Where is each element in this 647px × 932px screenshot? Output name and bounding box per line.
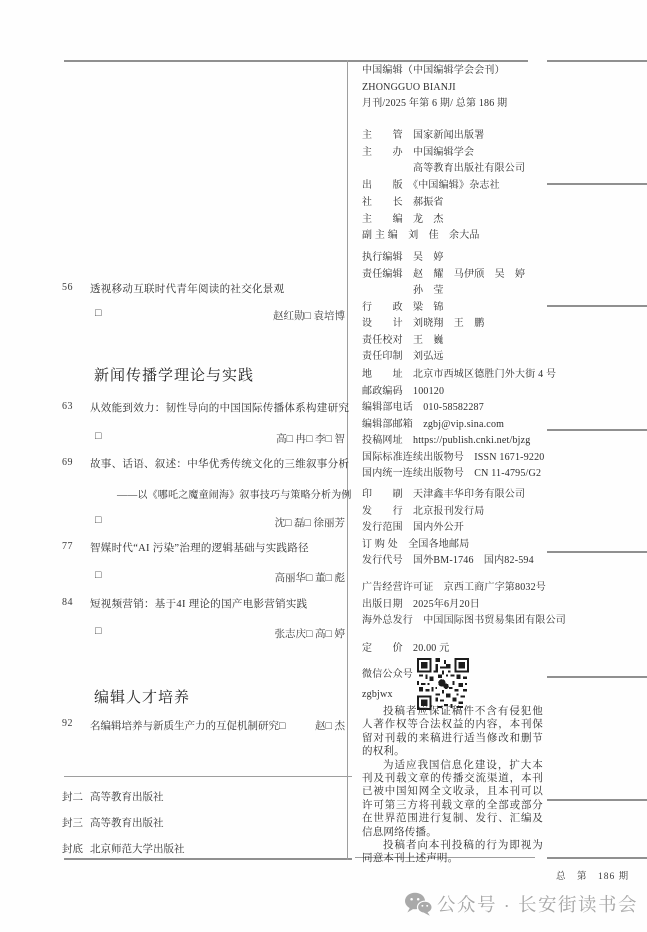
colophon-line: 行 政 梁 锦 [362,300,548,317]
left-bottom-rule [64,858,352,860]
page-edge-line [547,60,647,62]
toc-entry-row: 92 名编辑培养与新质生产力的互促机制研究□ 赵□ 杰 [62,718,345,733]
page-edge-line [547,799,647,801]
toc-authors-row: □ 沈□ 磊□ 徐丽芳 [95,515,345,530]
colophon-line: 责任编辑 赵 耀 马伊颀 吴 婷 [362,267,548,284]
colophon-line: 地 址 北京市西城区德胜门外大街 4 号 [362,367,548,384]
authority-block: 主 管 国家新闻出版署主 办 中国编辑学会 高等教育出版社有限公司出 版 《中国… [362,128,548,194]
top-rule [64,60,528,62]
tofu-box: □ [95,515,101,530]
tofu-box: □ [95,431,101,446]
colophon-line: 订 购 处 全国各地邮局 [362,537,548,554]
colophon-line: 发行范围 国内外公开 [362,520,548,537]
toc-authors: 张志庆□ 高□ 婷 [275,626,345,641]
cover-label: 封二 [62,789,90,804]
colophon-line: 主 办 中国编辑学会 [362,145,548,162]
masthead-line: 月刊/2025 年第 6 期/ 总第 186 期 [362,96,548,113]
toc-article-title: 名编辑培养与新质生产力的互促机制研究□ [90,718,315,733]
colophon-line: 国内统一连续出版物号 CN 11-4795/G2 [362,466,548,483]
colophon-line: 责任印制 刘弘远 [362,349,548,366]
footer-issue-number: 总 第 186 期 [556,868,629,882]
tofu-box: □ [95,570,101,585]
masthead-line: ZHONGGUO BIANJI [362,80,548,97]
colophon-line: 主 编 龙 杰 [362,212,548,229]
colophon-line: 发行代号 国外BM-1746 国内82-594 [362,553,548,570]
toc-page-number: 63 [62,401,73,412]
toc-authors: 赵红勋□ 袁培博 [273,308,345,323]
toc-authors-row: □ 赵红勋□ 袁培博 [95,308,345,323]
colophon-line: 高等教育出版社有限公司 [362,161,548,178]
toc-page-number: 92 [62,718,90,733]
toc-authors: 沈□ 磊□ 徐丽芳 [275,515,345,530]
colophon-line: 设 计 刘晓翔 王 鹏 [362,316,548,333]
submission-notice: 投稿者应保证稿件不含有侵犯他人著作权等合法权益的内容，本刊保留对刊载的来稿进行适… [362,705,543,866]
colophon-line: 投稿网址 https://publish.cnki.net/bjzg [362,433,548,450]
toc-authors-row: □ 高丽华□ 董□ 彪 [95,570,345,585]
printing-block: 印 刷 天津鑫丰华印务有限公司发 行 北京报刊发行局发行范围 国内外公开订 购 … [362,487,548,570]
colophon-line: 主 管 国家新闻出版署 [362,128,548,145]
cover-label: 封底 [62,841,90,856]
wechat-qr-code [417,658,469,710]
notice-paragraph: 投稿者向本刊投稿的行为即视为同意本刊上述声明。 [362,839,543,866]
colophon-line: 广告经营许可证 京西工商广字第8032号 [362,580,548,597]
tofu-box: □ [95,626,101,641]
toc-page-number: 84 [62,597,73,608]
toc-authors: 赵□ 杰 [315,718,345,733]
contact-block: 地 址 北京市西城区德胜门外大街 4 号邮政编码 100120编辑部电话 010… [362,367,548,483]
colophon-line: 执行编辑 吴 婷 [362,250,548,267]
cover-label: 封三 [62,815,90,830]
toc-article-title: 从效能到效力：韧性导向的中国国际传播体系构建研究 [90,400,349,415]
colophon-line: 发 行 北京报刊发行局 [362,504,548,521]
toc-section-heading: 新闻传播学理论与实践 [94,364,254,385]
price-line: 定 价 20.00 元 [362,641,548,658]
price-block: 定 价 20.00 元 [362,641,548,658]
leadership-block: 社 长 郝振省主 编 龙 杰副 主 编 刘 佳 余大品 [362,195,548,245]
colophon-line: 孙 莹 [362,283,548,300]
tofu-box: □ [95,308,101,323]
colophon-line: 印 刷 天津鑫丰华印务有限公司 [362,487,548,504]
license-block: 广告经营许可证 京西工商广字第8032号出版日期 2025年6月20日海外总发行… [362,580,548,630]
toc-section-heading: 编辑人才培养 [94,686,190,707]
toc-page-number: 69 [62,457,73,468]
cover-value: 北京师范大学出版社 [90,841,185,856]
toc-article-title: 智媒时代“AI 污染”治理的逻辑基础与实践路径 [90,540,309,555]
toc-page-number: 56 [62,282,73,293]
toc-authors: 高□ 冉□ 李□ 智 [276,431,345,446]
toc-article-subtitle: ——以《哪吒之魔童闹海》叙事技巧与策略分析为例 [117,486,352,501]
cover-credit-row: 封底 北京师范大学出版社 [62,841,185,856]
page-edge-line [547,305,647,307]
page-edge-line [547,676,647,678]
colophon-line: 国际标准连续出版物号 ISSN 1671-9220 [362,450,548,467]
scanned-journal-page: 56 透视移动互联时代青年阅读的社交化景观 □ 赵红勋□ 袁培博 新闻传播学理论… [0,0,647,932]
toc-article-title: 故事、话语、叙述：中华优秀传统文化的三维叙事分析 [90,456,349,471]
colophon-line: 邮政编码 100120 [362,384,548,401]
notice-paragraph: 投稿者应保证稿件不含有侵犯他人著作权等合法权益的内容，本刊保留对刊载的来稿进行适… [362,705,543,759]
cover-credit-row: 封三 高等教育出版社 [62,815,164,830]
colophon-line: 社 长 郝振省 [362,195,548,212]
page-edge-line [547,429,647,431]
watermark-text: 公众号 · 长安街读书会 [437,891,638,917]
colophon-line: 出版日期 2025年6月20日 [362,597,548,614]
toc-authors: 高丽华□ 董□ 彪 [275,570,345,585]
notice-paragraph: 为适应我国信息化建设，扩大本刊及刊载文章的传播交流渠道，本刊已被中国知网全文收录… [362,759,543,839]
cover-value: 高等教育出版社 [90,789,164,804]
left-mid-rule [64,776,352,777]
toc-article-title: 短视频营销：基于4I 理论的国产电影营销实践 [90,596,307,611]
toc-page-number: 77 [62,541,73,552]
colophon-line: 海外总发行 中国国际图书贸易集团有限公司 [362,613,548,630]
page-edge-line [547,857,647,859]
masthead-line: 中国编辑（中国编辑学会会刊） [362,63,548,80]
cover-value: 高等教育出版社 [90,815,164,830]
staff-block: 执行编辑 吴 婷责任编辑 赵 耀 马伊颀 吴 婷 孙 莹行 政 梁 锦设 计 刘… [362,250,548,366]
toc-authors-row: □ 张志庆□ 高□ 婷 [95,626,345,641]
toc-authors-row: □ 高□ 冉□ 李□ 智 [95,431,345,446]
toc-article-title: 透视移动互联时代青年阅读的社交化景观 [90,281,284,296]
masthead-block: 中国编辑（中国编辑学会会刊）ZHONGGUO BIANJI月刊/2025 年第 … [362,63,548,113]
colophon-line: 编辑部邮箱 zgbj@vip.sina.com [362,417,548,434]
page-edge-line [547,183,647,185]
page-edge-line [547,551,647,553]
cover-credit-row: 封二 高等教育出版社 [62,789,164,804]
colophon-line: 副 主 编 刘 佳 余大品 [362,228,548,245]
colophon-line: 出 版 《中国编辑》杂志社 [362,178,548,195]
colophon-line: 编辑部电话 010-58582287 [362,400,548,417]
colophon-line: 责任校对 王 巍 [362,333,548,350]
wechat-icon [404,891,433,917]
